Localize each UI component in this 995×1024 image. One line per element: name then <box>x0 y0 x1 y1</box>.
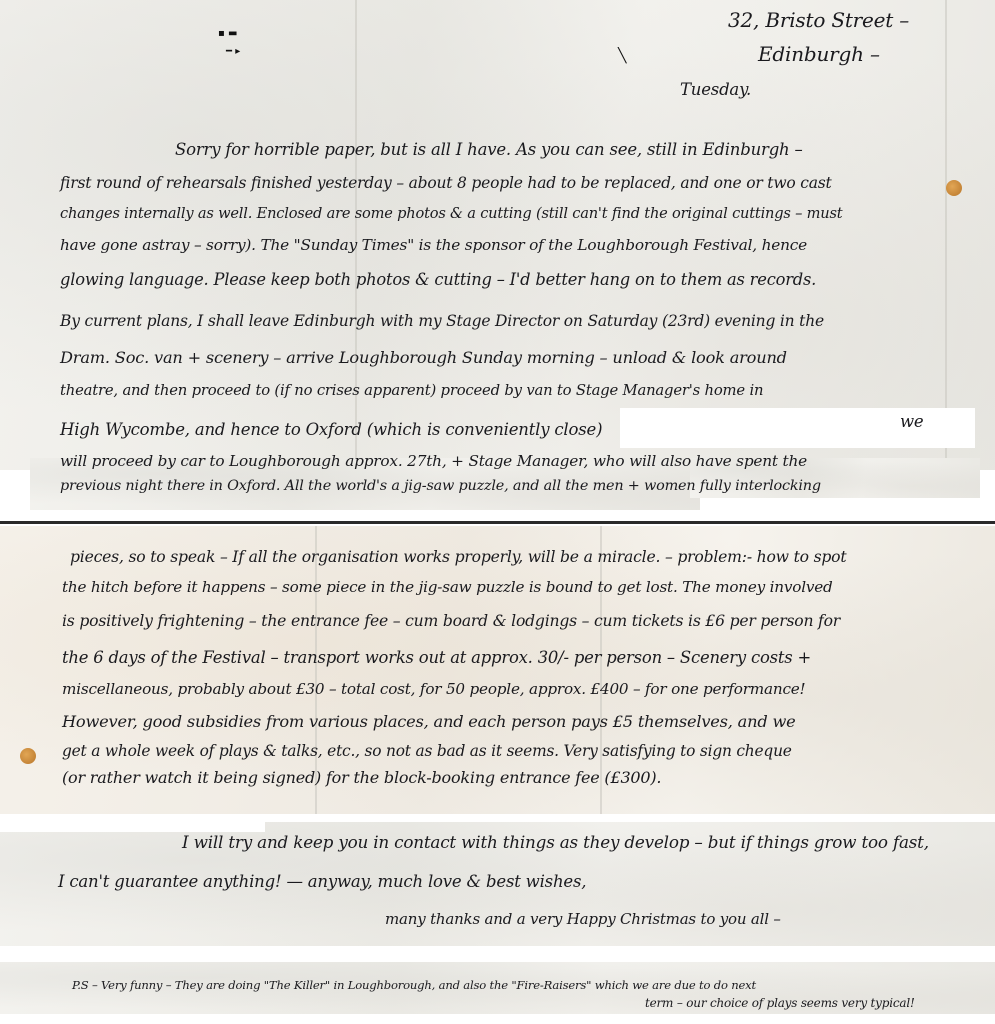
letter-line: first round of rehearsals finished yeste… <box>60 174 832 192</box>
address-line-1: 32, Bristo Street – <box>728 8 909 32</box>
letter-line: miscellaneous, probably about £30 – tota… <box>62 680 805 698</box>
letter-line: previous night there in Oxford. All the … <box>60 478 821 494</box>
letter-line: get a whole week of plays & talks, etc.,… <box>62 742 792 760</box>
paper-stain <box>20 748 36 764</box>
letter-line: we <box>900 412 924 431</box>
section-divider <box>0 521 995 524</box>
letter-line: changes internally as well. Enclosed are… <box>60 205 842 222</box>
paper-stain <box>946 180 962 196</box>
letter-page-1 <box>0 0 995 470</box>
ink-mark: ▪ ▬ <box>218 28 237 39</box>
letter-line: is positively frightening – the entrance… <box>62 612 840 630</box>
letter-line: (or rather watch it being signed) for th… <box>62 768 661 787</box>
address-line-2: Edinburgh – <box>758 42 880 66</box>
letter-line: pieces, so to speak – If all the organis… <box>70 548 846 566</box>
letter-line: However, good subsidies from various pla… <box>62 712 796 731</box>
letter-line: By current plans, I shall leave Edinburg… <box>60 312 824 330</box>
letter-line: theatre, and then proceed to (if no cris… <box>60 382 763 399</box>
closing-line: I will try and keep you in contact with … <box>182 832 929 852</box>
letter-line: Dram. Soc. van + scenery – arrive Loughb… <box>60 348 787 367</box>
redacted-area <box>0 818 265 832</box>
paper-fold <box>945 0 947 470</box>
closing-line: I can't guarantee anything! — anyway, mu… <box>58 872 586 891</box>
ink-mark: ━ ▸ <box>226 46 240 57</box>
letter-line: will proceed by car to Loughborough appr… <box>60 452 807 470</box>
closing-line: many thanks and a very Happy Christmas t… <box>385 910 781 928</box>
letter-line: the hitch before it happens – some piece… <box>62 578 833 596</box>
pen-stroke: ╲ <box>618 48 626 64</box>
letter-line: High Wycombe, and hence to Oxford (which… <box>60 420 602 439</box>
letter-line: have gone astray – sorry). The "Sunday T… <box>60 236 807 254</box>
letter-line: the 6 days of the Festival – transport w… <box>62 648 811 667</box>
postscript-line-2: term – our choice of plays seems very ty… <box>645 996 915 1010</box>
paper-fold <box>355 0 357 470</box>
letter-day: Tuesday. <box>680 80 751 99</box>
letter-line: glowing language. Please keep both photo… <box>60 270 816 289</box>
postscript-line-1: P.S – Very funny – They are doing "The K… <box>72 978 756 992</box>
letter-line: Sorry for horrible paper, but is all I h… <box>175 140 803 159</box>
